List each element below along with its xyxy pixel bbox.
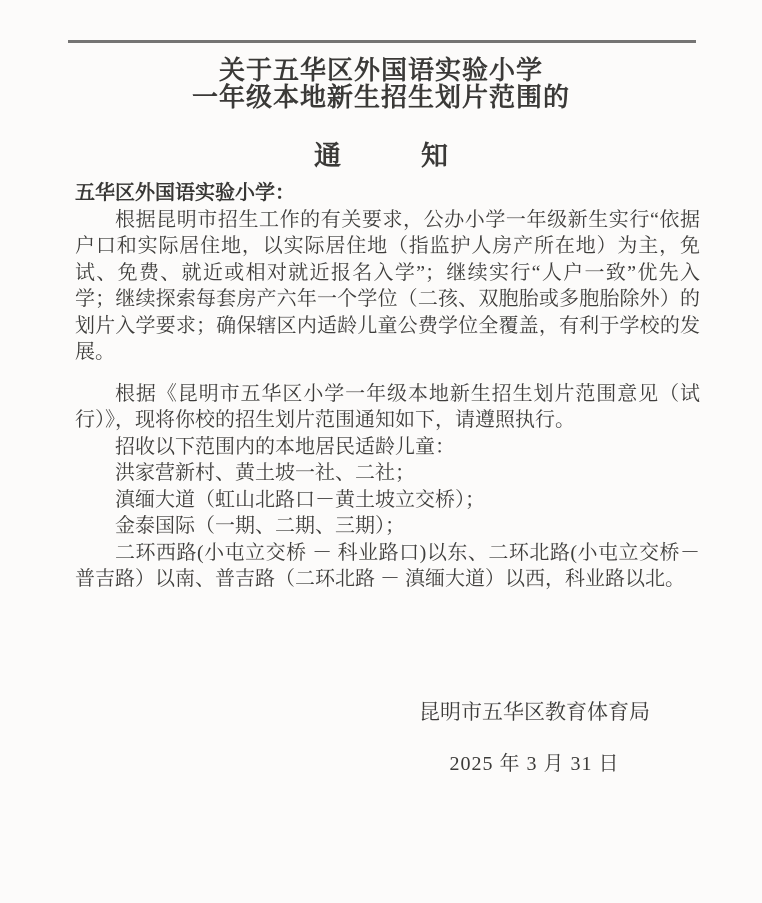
notice-body: 五华区外国语实验小学： 根据昆明市招生工作的有关要求，公办小学一年级新生实行“依… (75, 180, 700, 593)
paragraph-basis: 根据《昆明市五华区小学一年级本地新生招生划片范围意见（试行）》，现将你校的招生划… (75, 381, 700, 434)
subject-char-1: 通 (314, 141, 341, 171)
notice-title: 关于五华区外国语实验小学 一年级本地新生招生划片范围的 (0, 57, 762, 111)
notice-title-line1: 关于五华区外国语实验小学 (0, 57, 762, 84)
header-rule (68, 40, 696, 43)
scope-item-4: 二环西路(小屯立交桥 － 科业路口)以东、二环北路(小屯立交桥－ 普吉路）以南、… (75, 540, 700, 593)
scope-item-3: 金泰国际（一期、二期、三期）； (75, 513, 700, 540)
salutation: 五华区外国语实验小学： (75, 180, 700, 207)
signature-block: 昆明市五华区教育体育局 2025 年 3 月 31 日 (419, 696, 650, 776)
notice-subject: 通知 (0, 134, 762, 173)
issuing-authority: 昆明市五华区教育体育局 (419, 696, 650, 726)
scope-item-2: 滇缅大道（虹山北路口－黄土坡立交桥）； (75, 487, 700, 514)
notice-title-line2: 一年级本地新生招生划片范围的 (0, 84, 762, 111)
issue-date: 2025 年 3 月 31 日 (450, 747, 620, 776)
scope-item-1: 洪家营新村、黄土坡一社、二社； (75, 460, 700, 487)
notice-document: 关于五华区外国语实验小学 一年级本地新生招生划片范围的 通知 五华区外国语实验小… (0, 0, 762, 903)
scope-intro: 招收以下范围内的本地居民适龄儿童： (75, 434, 700, 461)
subject-char-2: 知 (421, 141, 448, 171)
paragraph-policy: 根据昆明市招生工作的有关要求，公办小学一年级新生实行“依据户口和实际居住地，以实… (75, 207, 700, 366)
